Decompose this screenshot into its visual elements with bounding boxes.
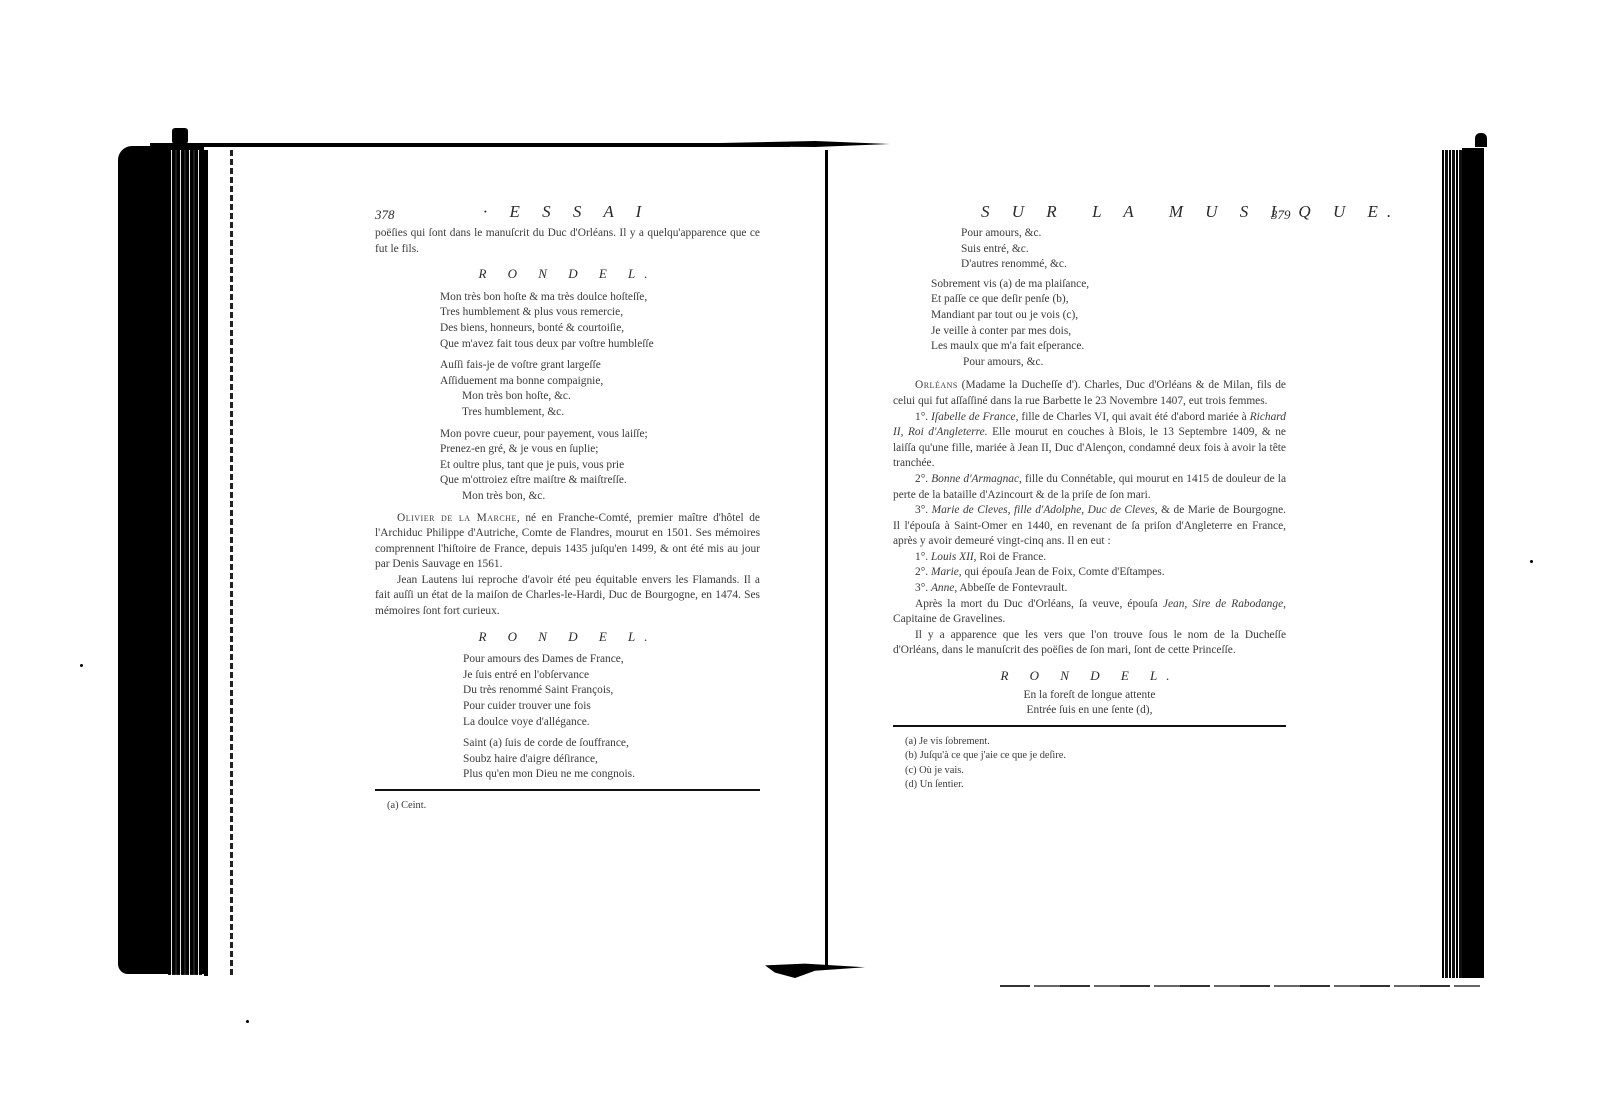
person-name: Anne bbox=[931, 582, 954, 594]
verse-stanza: Sobrement vis (a) de ma plaiſance, Et pa… bbox=[931, 277, 1286, 355]
right-page-edges bbox=[1442, 150, 1462, 978]
rondel-heading: R O N D E L. bbox=[893, 668, 1286, 684]
running-head-right: S U R L A M U S I Q U E. 379 bbox=[893, 206, 1286, 226]
verse-line: Les maulx que m'a fait eſperance. bbox=[931, 339, 1286, 355]
verse-line: Prenez-en gré, & je vous en ſuplie; bbox=[440, 442, 760, 458]
verse-line: Saint (a) ſuis de corde de ſouffrance, bbox=[463, 736, 760, 752]
verse-line: Pour amours, &c. bbox=[963, 355, 1286, 371]
attribution-paragraph: Il y a apparence que les vers que l'on t… bbox=[893, 628, 1286, 659]
verse-line: Auſſi fais-je de voſtre grant largeſſe bbox=[440, 358, 760, 374]
ordinal: 1°. bbox=[915, 411, 931, 423]
verse-refrain: Pour amours, &c. Suis entré, &c. D'autre… bbox=[931, 226, 1286, 273]
verse-stanza: Saint (a) ſuis de corde de ſouffrance, S… bbox=[463, 736, 760, 783]
intro-paragraph: poëſies qui ſont dans le manuſcrit du Du… bbox=[375, 226, 760, 257]
verse-refrain: Mon très bon, &c. bbox=[440, 489, 760, 505]
left-page-edges bbox=[168, 150, 202, 975]
verse-stanza: Auſſi fais-je de voſtre grant largeſſe A… bbox=[440, 358, 760, 389]
footnote: (a) Ceint. bbox=[375, 799, 760, 814]
child-entry: 3°. Anne, Abbeſſe de Fontevrault. bbox=[893, 581, 1286, 597]
verse-line: Tres humblement & plus vous remercie, bbox=[440, 305, 760, 321]
verse-line: Pour cuider trouver une fois bbox=[463, 699, 760, 715]
verse-line: Et paſſe ce que deſir penſe (b), bbox=[931, 292, 1286, 308]
page-number: 379 bbox=[1271, 207, 1291, 223]
right-tab-mark bbox=[1475, 133, 1487, 147]
ordinal: 2°. bbox=[915, 566, 931, 578]
person-name: Marie de Cleves, fille d'Adolphe, Duc de… bbox=[932, 504, 1155, 516]
orleans-paragraph: Orléans (Madame la Ducheſſe d'). Charles… bbox=[893, 378, 1286, 409]
running-head-left: 378 · E S S A I bbox=[375, 206, 760, 226]
verse-line: Mon povre cueur, pour payement, vous lai… bbox=[440, 427, 760, 443]
olivier-paragraph: Olivier de la Marche, né en Franche-Comt… bbox=[375, 511, 760, 573]
person-name: Olivier de la Marche bbox=[397, 512, 517, 524]
footnote-rule bbox=[375, 789, 760, 791]
footnote: (c) Où je vais. bbox=[893, 764, 1286, 779]
footnote-rule bbox=[893, 725, 1286, 727]
footnotes: (a) Ceint. bbox=[375, 799, 760, 814]
verse-line: Tres humblement, &c. bbox=[462, 405, 760, 421]
speck bbox=[1530, 560, 1533, 563]
child-entry: 1°. Louis XII, Roi de France. bbox=[893, 550, 1286, 566]
verse-line: Du très renommé Saint François, bbox=[463, 683, 760, 699]
page-number: 378 bbox=[375, 207, 395, 223]
person-name: Louis XII bbox=[931, 551, 974, 563]
left-page-edge-shadow bbox=[230, 150, 233, 975]
verse-stanza: Mon povre cueur, pour payement, vous lai… bbox=[440, 427, 760, 489]
rondel-heading: R O N D E L. bbox=[375, 266, 760, 282]
wife-entry: 1°. Iſabelle de France, fille de Charles… bbox=[893, 410, 1286, 472]
child-entry: 2°. Marie, qui épouſa Jean de Foix, Comt… bbox=[893, 565, 1286, 581]
ordinal: 3°. bbox=[915, 504, 932, 516]
right-page: S U R L A M U S I Q U E. 379 Pour amours… bbox=[893, 206, 1286, 793]
verse-line: La doulce voye d'allégance. bbox=[463, 715, 760, 731]
verse-refrain: Pour amours, &c. bbox=[931, 355, 1286, 371]
left-page: 378 · E S S A I poëſies qui ſont dans le… bbox=[375, 206, 760, 814]
verse-line: Pour amours, &c. bbox=[961, 226, 1286, 242]
verse-line: Mandiant par tout ou je vois (c), bbox=[931, 308, 1286, 324]
speck bbox=[246, 1020, 249, 1023]
footnote: (a) Je vis ſobrement. bbox=[893, 735, 1286, 750]
verse-line: Aſſiduement ma bonne compaignie, bbox=[440, 374, 760, 390]
verse-line: En la foreſt de longue attente bbox=[893, 688, 1286, 704]
verse-stanza: Pour amours des Dames de France, Je ſuis… bbox=[463, 652, 760, 730]
left-tab-mark bbox=[172, 128, 188, 144]
person-name: Bonne d'Armagnac bbox=[931, 473, 1019, 485]
verse-stanza: En la foreſt de longue attente Entrée ſu… bbox=[893, 688, 1286, 719]
verse-line: Mon très bon hoſte, &c. bbox=[462, 389, 760, 405]
running-head-title: · E S S A I bbox=[483, 204, 650, 220]
verse-stanza: Mon très bon hoſte & ma très doulce hoſt… bbox=[440, 290, 760, 352]
verse-line: Soubz haire d'aigre déſirance, bbox=[463, 752, 760, 768]
verse-line: Je ſuis entré en l'obſervance bbox=[463, 668, 760, 684]
wife-entry: 2°. Bonne d'Armagnac, fille du Connétabl… bbox=[893, 472, 1286, 503]
verse-line: Et oultre plus, tant que je puis, vous p… bbox=[440, 458, 760, 474]
paragraph-text: , fille de Charles VI, qui avait été d'a… bbox=[1016, 411, 1250, 423]
verse-line: Sobrement vis (a) de ma plaiſance, bbox=[931, 277, 1286, 293]
person-name: Orléans bbox=[915, 379, 958, 391]
ordinal: 2°. bbox=[915, 473, 931, 485]
bottom-page-edge bbox=[1000, 985, 1480, 987]
left-page-edge-line bbox=[204, 150, 208, 976]
person-name: Iſabelle de France bbox=[931, 411, 1015, 423]
running-head-title: S U R L A M U S I Q U E. bbox=[981, 204, 1400, 220]
person-name: Marie bbox=[931, 566, 959, 578]
gutter-foot-mark bbox=[765, 960, 865, 978]
footnote: (d) Un ſentier. bbox=[893, 778, 1286, 793]
lautens-paragraph: Jean Lautens lui reproche d'avoir été pe… bbox=[375, 573, 760, 620]
paragraph-text: , Roi de France. bbox=[974, 551, 1046, 563]
footnote: (b) Juſqu'à ce que j'aie ce que je deſir… bbox=[893, 749, 1286, 764]
wife-entry: 3°. Marie de Cleves, fille d'Adolphe, Du… bbox=[893, 503, 1286, 550]
verse-line: Entrée ſuis en une ſente (d), bbox=[893, 703, 1286, 719]
paragraph-text: , qui épouſa Jean de Foix, Comte d'Eſtam… bbox=[959, 566, 1165, 578]
speck bbox=[80, 664, 83, 667]
verse-line: Que m'avez fait tous deux par voſtre hum… bbox=[440, 337, 760, 353]
verse-line: Mon très bon hoſte & ma très doulce hoſt… bbox=[440, 290, 760, 306]
verse-line: Des biens, honneurs, bonté & courtoiſie, bbox=[440, 321, 760, 337]
verse-line: Suis entré, &c. bbox=[961, 242, 1286, 258]
widow-paragraph: Après la mort du Duc d'Orléans, ſa veuve… bbox=[893, 597, 1286, 628]
verse-line: Mon très bon, &c. bbox=[462, 489, 760, 505]
verse-line: Que m'ottroiez eſtre maiſtre & maiſtreſſ… bbox=[440, 473, 760, 489]
ordinal: 3°. bbox=[915, 582, 931, 594]
verse-line: Pour amours des Dames de France, bbox=[463, 652, 760, 668]
verse-line: Plus qu'en mon Dieu ne me congnois. bbox=[463, 767, 760, 783]
verse-line: D'autres renommé, &c. bbox=[961, 257, 1286, 273]
footnotes: (a) Je vis ſobrement. (b) Juſqu'à ce que… bbox=[893, 735, 1286, 793]
paragraph-text: Après la mort du Duc d'Orléans, ſa veuve… bbox=[915, 598, 1163, 610]
right-book-cover-edge bbox=[1462, 148, 1484, 978]
rondel-heading: R O N D E L. bbox=[375, 629, 760, 645]
book-gutter bbox=[825, 150, 828, 965]
person-name: Jean, Sire de Rabodange bbox=[1163, 598, 1283, 610]
paragraph-text: , Abbeſſe de Fontevrault. bbox=[954, 582, 1067, 594]
verse-refrain: Mon très bon hoſte, &c. Tres humblement,… bbox=[440, 389, 760, 420]
verse-line: Je veille à conter par mes dois, bbox=[931, 324, 1286, 340]
ordinal: 1°. bbox=[915, 551, 931, 563]
